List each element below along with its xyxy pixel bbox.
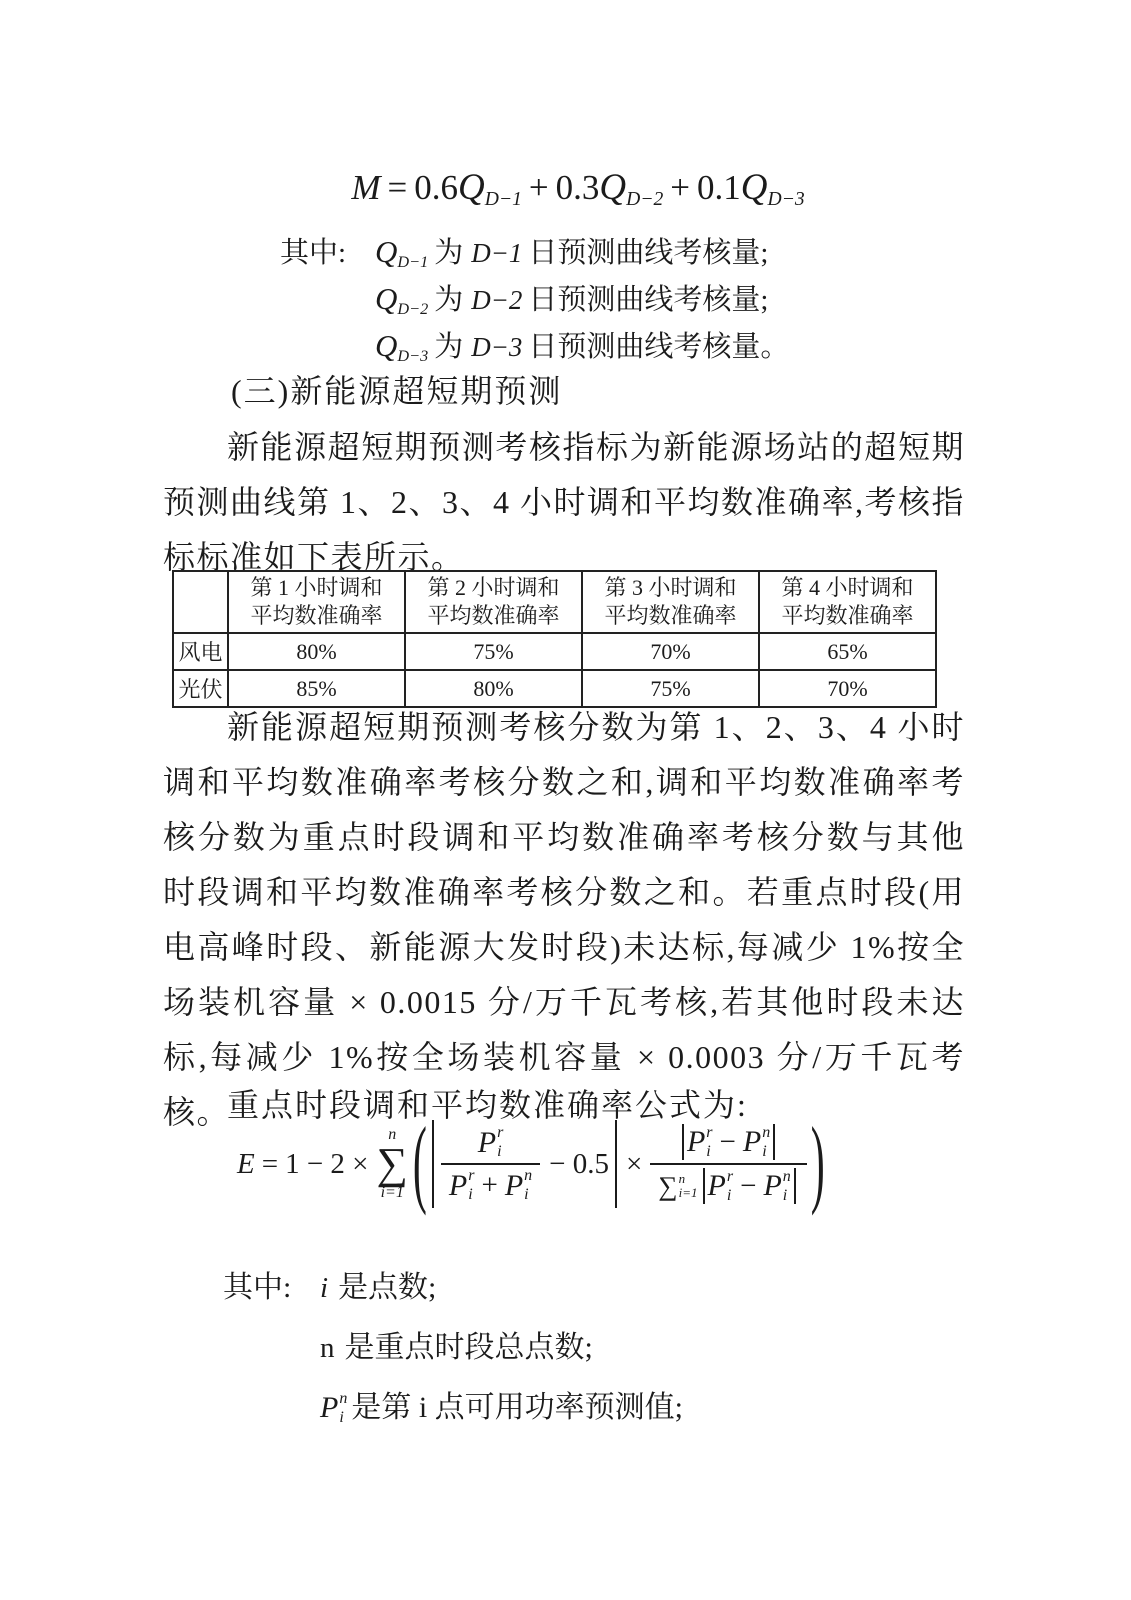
where-label: 其中: <box>280 233 375 274</box>
times-sign: × <box>621 1148 647 1181</box>
coefficient: 0.1 <box>697 168 741 208</box>
fraction-1-denominator: Pri + Pni <box>441 1163 540 1203</box>
p-term: Pni <box>763 1169 790 1204</box>
fraction-2-denominator: ∑ ni=1 Pri − Pni <box>650 1163 806 1204</box>
line-text: 是点数; <box>338 1258 436 1318</box>
section-heading: (三)新能源超短期预测 <box>163 366 965 412</box>
open-paren: ( <box>412 1115 428 1214</box>
formula-m: M = 0.6QD−1 + 0.3QD−2 + 0.1QD−3 <box>163 166 965 209</box>
subscript-i: i <box>497 1144 503 1160</box>
formula-e-lead: E = 1 − 2 × <box>237 1148 369 1181</box>
line-text: 是第 i 点可用功率预测值; <box>351 1378 683 1438</box>
sigma-symbol: ∑ <box>377 1143 408 1185</box>
plus-sign: + <box>474 1169 504 1202</box>
inline-sum: ∑ ni=1 <box>658 1172 697 1201</box>
subscript: D−1 <box>485 189 522 211</box>
line-text: 是重点时段总点数; <box>345 1318 593 1378</box>
d-term: D−2 <box>471 280 522 321</box>
plus-sign: + <box>522 168 556 208</box>
d-term: D−3 <box>471 327 522 368</box>
variable-q: Q <box>375 325 397 366</box>
constant-term: 1 − 2 × <box>285 1148 368 1181</box>
sigma-symbol: ∑ <box>658 1173 677 1200</box>
symbol-n: n <box>320 1318 335 1378</box>
minus-half-term: − 0.5 <box>543 1148 611 1181</box>
table-header-cell: 第 4 小时调和平均数准确率 <box>759 571 936 633</box>
abs-bar <box>682 1124 684 1160</box>
subscript: D−3 <box>768 189 805 211</box>
header-line2: 平均数准确率 <box>229 602 404 630</box>
table-header-cell: 第 2 小时调和平均数准确率 <box>405 571 582 633</box>
header-line1: 第 4 小时调和 <box>760 574 935 602</box>
formula-m-lhs: M <box>351 168 380 208</box>
d-term: D−1 <box>471 233 522 274</box>
sum-upper-limit: n <box>679 1172 698 1186</box>
where-m-line: 其中: QD−1 为 D−1 日预测曲线考核量; <box>163 231 965 278</box>
sum-lower-limit: i=1 <box>381 1185 404 1201</box>
superscript-n: n <box>762 1125 770 1141</box>
equals-sign: = <box>255 1148 285 1181</box>
where-e-line: 其中: i 是点数; <box>163 1258 965 1318</box>
wei-text: 为 <box>434 280 463 321</box>
symbol-p-term: Pni <box>320 1378 347 1438</box>
variable-q: Q <box>741 166 768 209</box>
table-cell: 70% <box>582 633 759 670</box>
table-header-cell: 第 3 小时调和平均数准确率 <box>582 571 759 633</box>
variable-p: P <box>505 1169 523 1203</box>
where-m-line: QD−2 为 D−2 日预测曲线考核量; <box>163 278 965 325</box>
wei-text: 为 <box>434 327 463 368</box>
superscript-n: n <box>783 1169 791 1185</box>
superscript-r: r <box>497 1125 503 1141</box>
coefficient: 0.6 <box>414 168 458 208</box>
big-sum: n ∑ i=1 <box>377 1127 408 1201</box>
formula-e-lhs: E <box>237 1148 255 1181</box>
symbol-i: i <box>320 1258 328 1318</box>
paragraph-2: 新能源超短期预测考核分数为第 1、2、3、4 小时调和平均数准确率考核分数之和,… <box>163 700 965 1140</box>
header-line2: 平均数准确率 <box>583 602 758 630</box>
fraction-2: Pri − Pni ∑ ni=1 Pri − Pni <box>650 1124 806 1204</box>
variable-q: Q <box>599 166 626 209</box>
sum-lower-limit: i=1 <box>679 1186 698 1200</box>
table-header-row: 第 1 小时调和平均数准确率 第 2 小时调和平均数准确率 第 3 小时调和平均… <box>173 571 936 633</box>
variable-p: P <box>478 1126 496 1160</box>
table-cell: 80% <box>228 633 405 670</box>
abs-bar <box>703 1168 705 1204</box>
abs-bar <box>773 1124 775 1160</box>
minus-sign: − <box>733 1170 763 1203</box>
variable-p: P <box>449 1169 467 1203</box>
p-term: Pri <box>687 1125 713 1160</box>
header-line2: 平均数准确率 <box>406 602 581 630</box>
close-paren: ) <box>810 1115 826 1214</box>
table-cell: 75% <box>405 633 582 670</box>
line-text: 日预测曲线考核量。 <box>528 327 789 368</box>
line-text: 日预测曲线考核量; <box>528 280 768 321</box>
p-term: Pri <box>478 1125 504 1160</box>
header-line1: 第 3 小时调和 <box>583 574 758 602</box>
table-cell: 65% <box>759 633 936 670</box>
where-m-block: 其中: QD−1 为 D−1 日预测曲线考核量; QD−2 为 D−2 日预测曲… <box>163 231 965 372</box>
superscript-n: n <box>339 1391 347 1407</box>
where-e-line: n 是重点时段总点数; <box>163 1318 965 1378</box>
page-content: M = 0.6QD−1 + 0.3QD−2 + 0.1QD−3 其中: QD−1… <box>163 0 965 1600</box>
fraction-1: Pri Pri + Pni <box>441 1125 540 1203</box>
table-corner-cell <box>173 571 228 633</box>
wei-text: 为 <box>434 233 463 274</box>
variable-p: P <box>320 1378 338 1438</box>
header-line1: 第 2 小时调和 <box>406 574 581 602</box>
table-header-cell: 第 1 小时调和平均数准确率 <box>228 571 405 633</box>
p-term: Pri <box>708 1169 734 1204</box>
p-term: Pni <box>743 1125 770 1160</box>
abs-bar <box>615 1120 617 1208</box>
header-line1: 第 1 小时调和 <box>229 574 404 602</box>
table-row-wind: 风电 80% 75% 70% 65% <box>173 633 936 670</box>
where-e-line: Pni 是第 i 点可用功率预测值; <box>163 1378 965 1438</box>
variable-p: P <box>687 1125 705 1159</box>
where-e-block: 其中: i 是点数; n 是重点时段总点数; Pni 是第 i 点可用功率预测值… <box>163 1258 965 1438</box>
abs-bar <box>794 1168 796 1204</box>
document-page: M = 0.6QD−1 + 0.3QD−2 + 0.1QD−3 其中: QD−1… <box>0 0 1131 1600</box>
variable-q: Q <box>375 278 397 319</box>
fraction-2-numerator: Pri − Pni <box>671 1124 786 1163</box>
variable-p: P <box>708 1169 726 1203</box>
variable-q: Q <box>458 166 485 209</box>
p-term: Pni <box>505 1168 532 1203</box>
subscript-i: i <box>783 1188 791 1204</box>
accuracy-table-grid: 第 1 小时调和平均数准确率 第 2 小时调和平均数准确率 第 3 小时调和平均… <box>172 570 937 708</box>
subscript: D−2 <box>626 189 663 211</box>
coefficient: 0.3 <box>556 168 600 208</box>
fraction-1-numerator: Pri <box>470 1125 512 1163</box>
subscript: D−1 <box>397 242 428 283</box>
variable-p: P <box>743 1125 761 1159</box>
subscript-i: i <box>339 1410 347 1426</box>
plus-sign: + <box>663 168 697 208</box>
variable-p: P <box>763 1169 781 1203</box>
where-label: 其中: <box>223 1258 320 1318</box>
row-label: 风电 <box>173 633 228 670</box>
line-text: 日预测曲线考核量; <box>528 233 768 274</box>
abs-bar <box>432 1120 434 1208</box>
formula-e: E = 1 − 2 × n ∑ i=1 ( Pri Pri + Pni <box>163 1120 965 1208</box>
variable-q: Q <box>375 231 397 272</box>
subscript-i: i <box>524 1187 532 1203</box>
subscript-i: i <box>762 1144 770 1160</box>
paragraph-1: 新能源超短期预测考核指标为新能源场站的超短期预测曲线第 1、2、3、4 小时调和… <box>163 420 965 585</box>
p-term: Pri <box>449 1168 475 1203</box>
header-line2: 平均数准确率 <box>760 602 935 630</box>
minus-sign: − <box>713 1126 743 1159</box>
subscript: D−2 <box>397 289 428 330</box>
equals-sign: = <box>380 168 414 208</box>
superscript-n: n <box>524 1168 532 1184</box>
where-m-line: QD−3 为 D−3 日预测曲线考核量。 <box>163 325 965 372</box>
accuracy-table: 第 1 小时调和平均数准确率 第 2 小时调和平均数准确率 第 3 小时调和平均… <box>172 570 936 708</box>
